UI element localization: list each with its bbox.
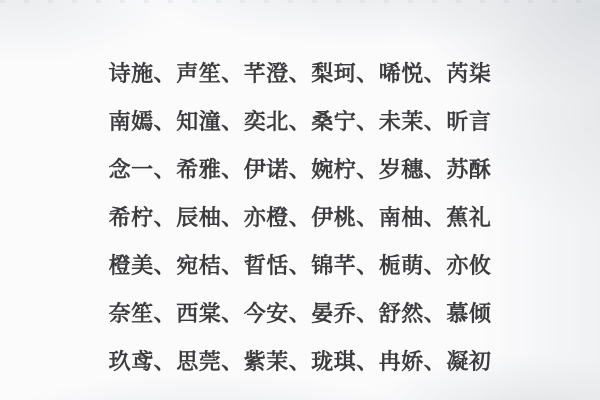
separator: 、: [424, 206, 447, 231]
name-item: 桑宁: [311, 110, 356, 135]
name-item: 知潼: [176, 110, 221, 135]
separator: 、: [356, 110, 379, 135]
separator: 、: [221, 158, 244, 183]
separator: 、: [154, 158, 177, 183]
separator: 、: [356, 302, 379, 327]
page-background: 诗施、声笙、芊澄、梨珂、唏悦、芮柒南嫣、知潼、奕北、桑宁、未茉、昕言念一、希雅、…: [0, 0, 600, 400]
name-item: 亦攸: [446, 254, 491, 279]
separator: 、: [221, 206, 244, 231]
separator: 、: [424, 302, 447, 327]
separator: 、: [289, 350, 312, 375]
name-row: 希柠、辰柚、亦橙、伊桃、南柚、蕉礼: [0, 195, 600, 243]
name-item: 晏乔: [311, 302, 356, 327]
separator: 、: [424, 254, 447, 279]
top-edge-artifacts: [0, 0, 600, 3]
separator: 、: [289, 254, 312, 279]
name-item: 慕倾: [446, 302, 491, 327]
separator: 、: [289, 302, 312, 327]
name-item: 亦橙: [244, 206, 289, 231]
name-item: 西棠: [176, 302, 221, 327]
name-item: 锦芊: [311, 254, 356, 279]
separator: 、: [154, 350, 177, 375]
name-item: 诗施: [109, 62, 154, 87]
name-item: 伊桃: [311, 206, 356, 231]
name-item: 希柠: [109, 206, 154, 231]
name-row: 南嫣、知潼、奕北、桑宁、未茉、昕言: [0, 99, 600, 147]
name-item: 玖鸢: [109, 350, 154, 375]
name-item: 未茉: [379, 110, 424, 135]
name-item: 紫茉: [244, 350, 289, 375]
name-item: 今安: [244, 302, 289, 327]
name-item: 声笙: [176, 62, 221, 87]
name-item: 唏悦: [379, 62, 424, 87]
separator: 、: [154, 62, 177, 87]
name-item: 伊诺: [244, 158, 289, 183]
name-item: 苏酥: [446, 158, 491, 183]
separator: 、: [289, 206, 312, 231]
name-item: 晢恬: [244, 254, 289, 279]
name-item: 奕北: [244, 110, 289, 135]
separator: 、: [289, 158, 312, 183]
name-item: 橙美: [109, 254, 154, 279]
name-item: 昕言: [446, 110, 491, 135]
name-item: 蕉礼: [446, 206, 491, 231]
name-item: 南嫣: [109, 110, 154, 135]
name-row: 玖鸢、思莞、紫茉、珑琪、冉娇、凝初: [0, 339, 600, 387]
separator: 、: [221, 254, 244, 279]
name-list: 诗施、声笙、芊澄、梨珂、唏悦、芮柒南嫣、知潼、奕北、桑宁、未茉、昕言念一、希雅、…: [0, 51, 600, 387]
separator: 、: [154, 254, 177, 279]
separator: 、: [289, 62, 312, 87]
separator: 、: [424, 62, 447, 87]
name-item: 凝初: [446, 350, 491, 375]
separator: 、: [154, 302, 177, 327]
name-row: 橙美、宛桔、晢恬、锦芊、栀萌、亦攸: [0, 243, 600, 291]
name-item: 芊澄: [244, 62, 289, 87]
separator: 、: [424, 158, 447, 183]
separator: 、: [356, 62, 379, 87]
name-item: 舒然: [379, 302, 424, 327]
separator: 、: [289, 110, 312, 135]
name-item: 宛桔: [176, 254, 221, 279]
separator: 、: [221, 350, 244, 375]
name-row: 念一、希雅、伊诺、婉柠、岁穗、苏酥: [0, 147, 600, 195]
name-item: 冉娇: [379, 350, 424, 375]
separator: 、: [221, 110, 244, 135]
name-item: 婉柠: [311, 158, 356, 183]
name-row: 诗施、声笙、芊澄、梨珂、唏悦、芮柒: [0, 51, 600, 99]
separator: 、: [424, 350, 447, 375]
name-item: 芮柒: [446, 62, 491, 87]
separator: 、: [154, 110, 177, 135]
name-row: 奈笙、西棠、今安、晏乔、舒然、慕倾: [0, 291, 600, 339]
name-item: 栀萌: [379, 254, 424, 279]
separator: 、: [221, 62, 244, 87]
name-item: 珑琪: [311, 350, 356, 375]
separator: 、: [356, 206, 379, 231]
name-item: 辰柚: [176, 206, 221, 231]
name-item: 念一: [109, 158, 154, 183]
name-item: 思莞: [176, 350, 221, 375]
separator: 、: [221, 302, 244, 327]
separator: 、: [154, 206, 177, 231]
name-item: 奈笙: [109, 302, 154, 327]
separator: 、: [424, 110, 447, 135]
name-item: 岁穗: [379, 158, 424, 183]
separator: 、: [356, 158, 379, 183]
name-item: 梨珂: [311, 62, 356, 87]
separator: 、: [356, 254, 379, 279]
separator: 、: [356, 350, 379, 375]
name-item: 南柚: [379, 206, 424, 231]
name-item: 希雅: [176, 158, 221, 183]
